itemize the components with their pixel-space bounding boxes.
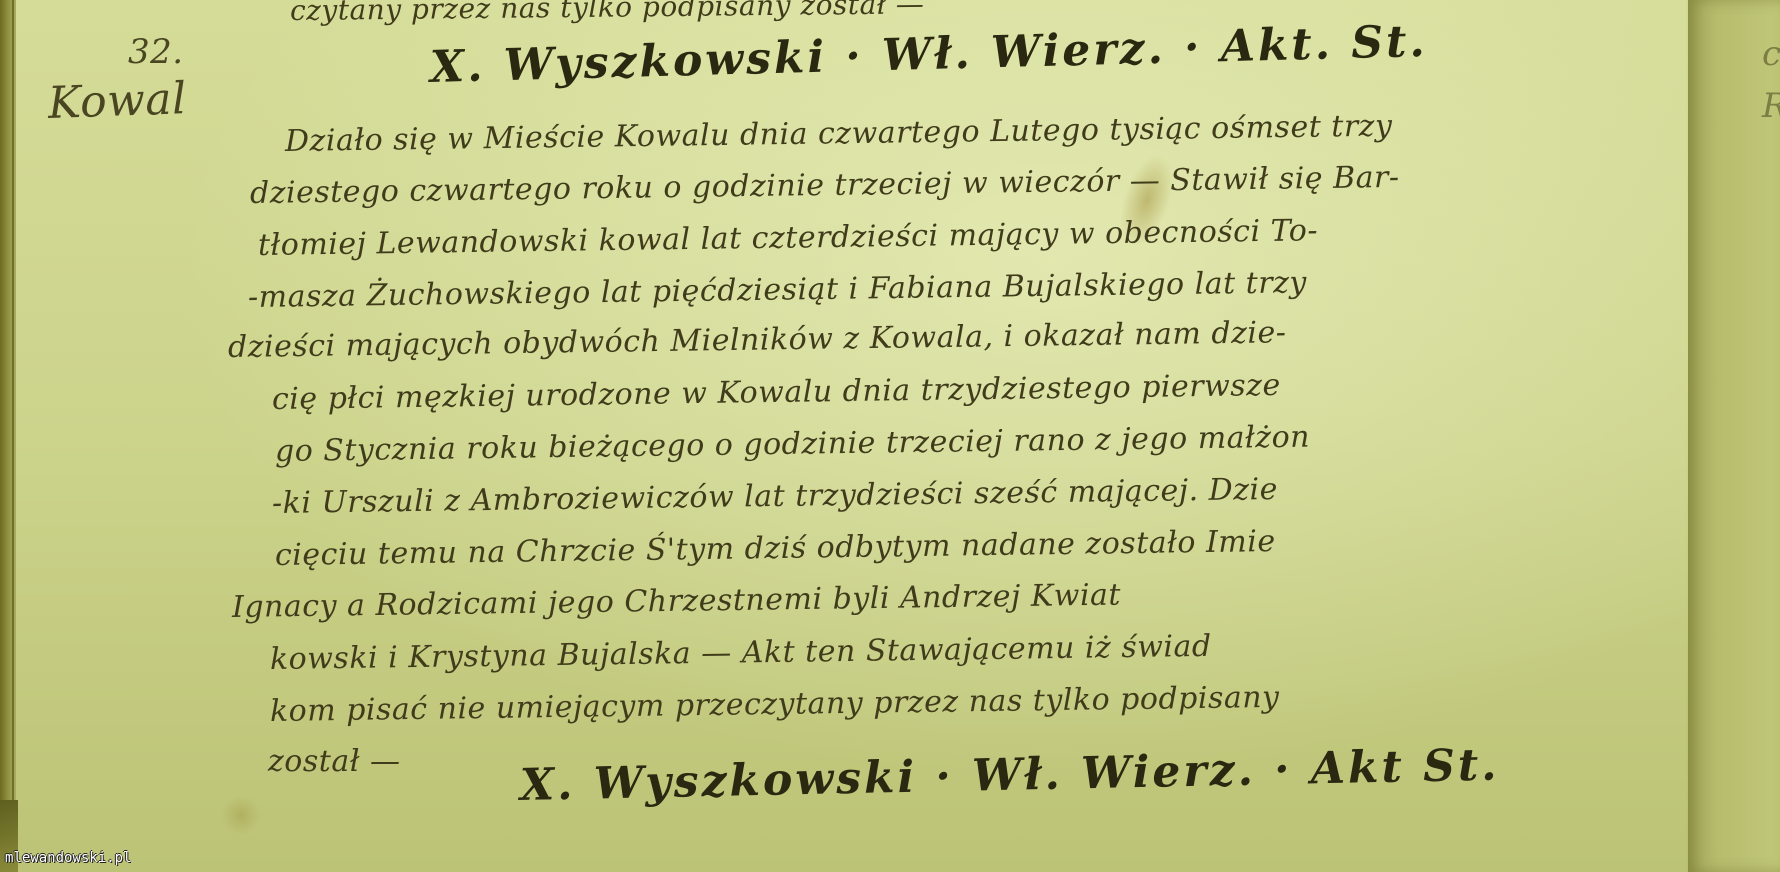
body-line-13: został —: [268, 744, 400, 779]
site-watermark: mlewandowski.pl: [5, 850, 131, 866]
margin-place-name: Kowal: [47, 73, 187, 129]
facing-page-text: c R: [1762, 28, 1780, 132]
book-binding-gutter: [0, 0, 16, 872]
paper-stain: [221, 795, 261, 835]
entry-number: 32.: [128, 32, 184, 72]
scanned-document: c R 32. Kowal czytany przez nas tylko po…: [0, 0, 1780, 872]
